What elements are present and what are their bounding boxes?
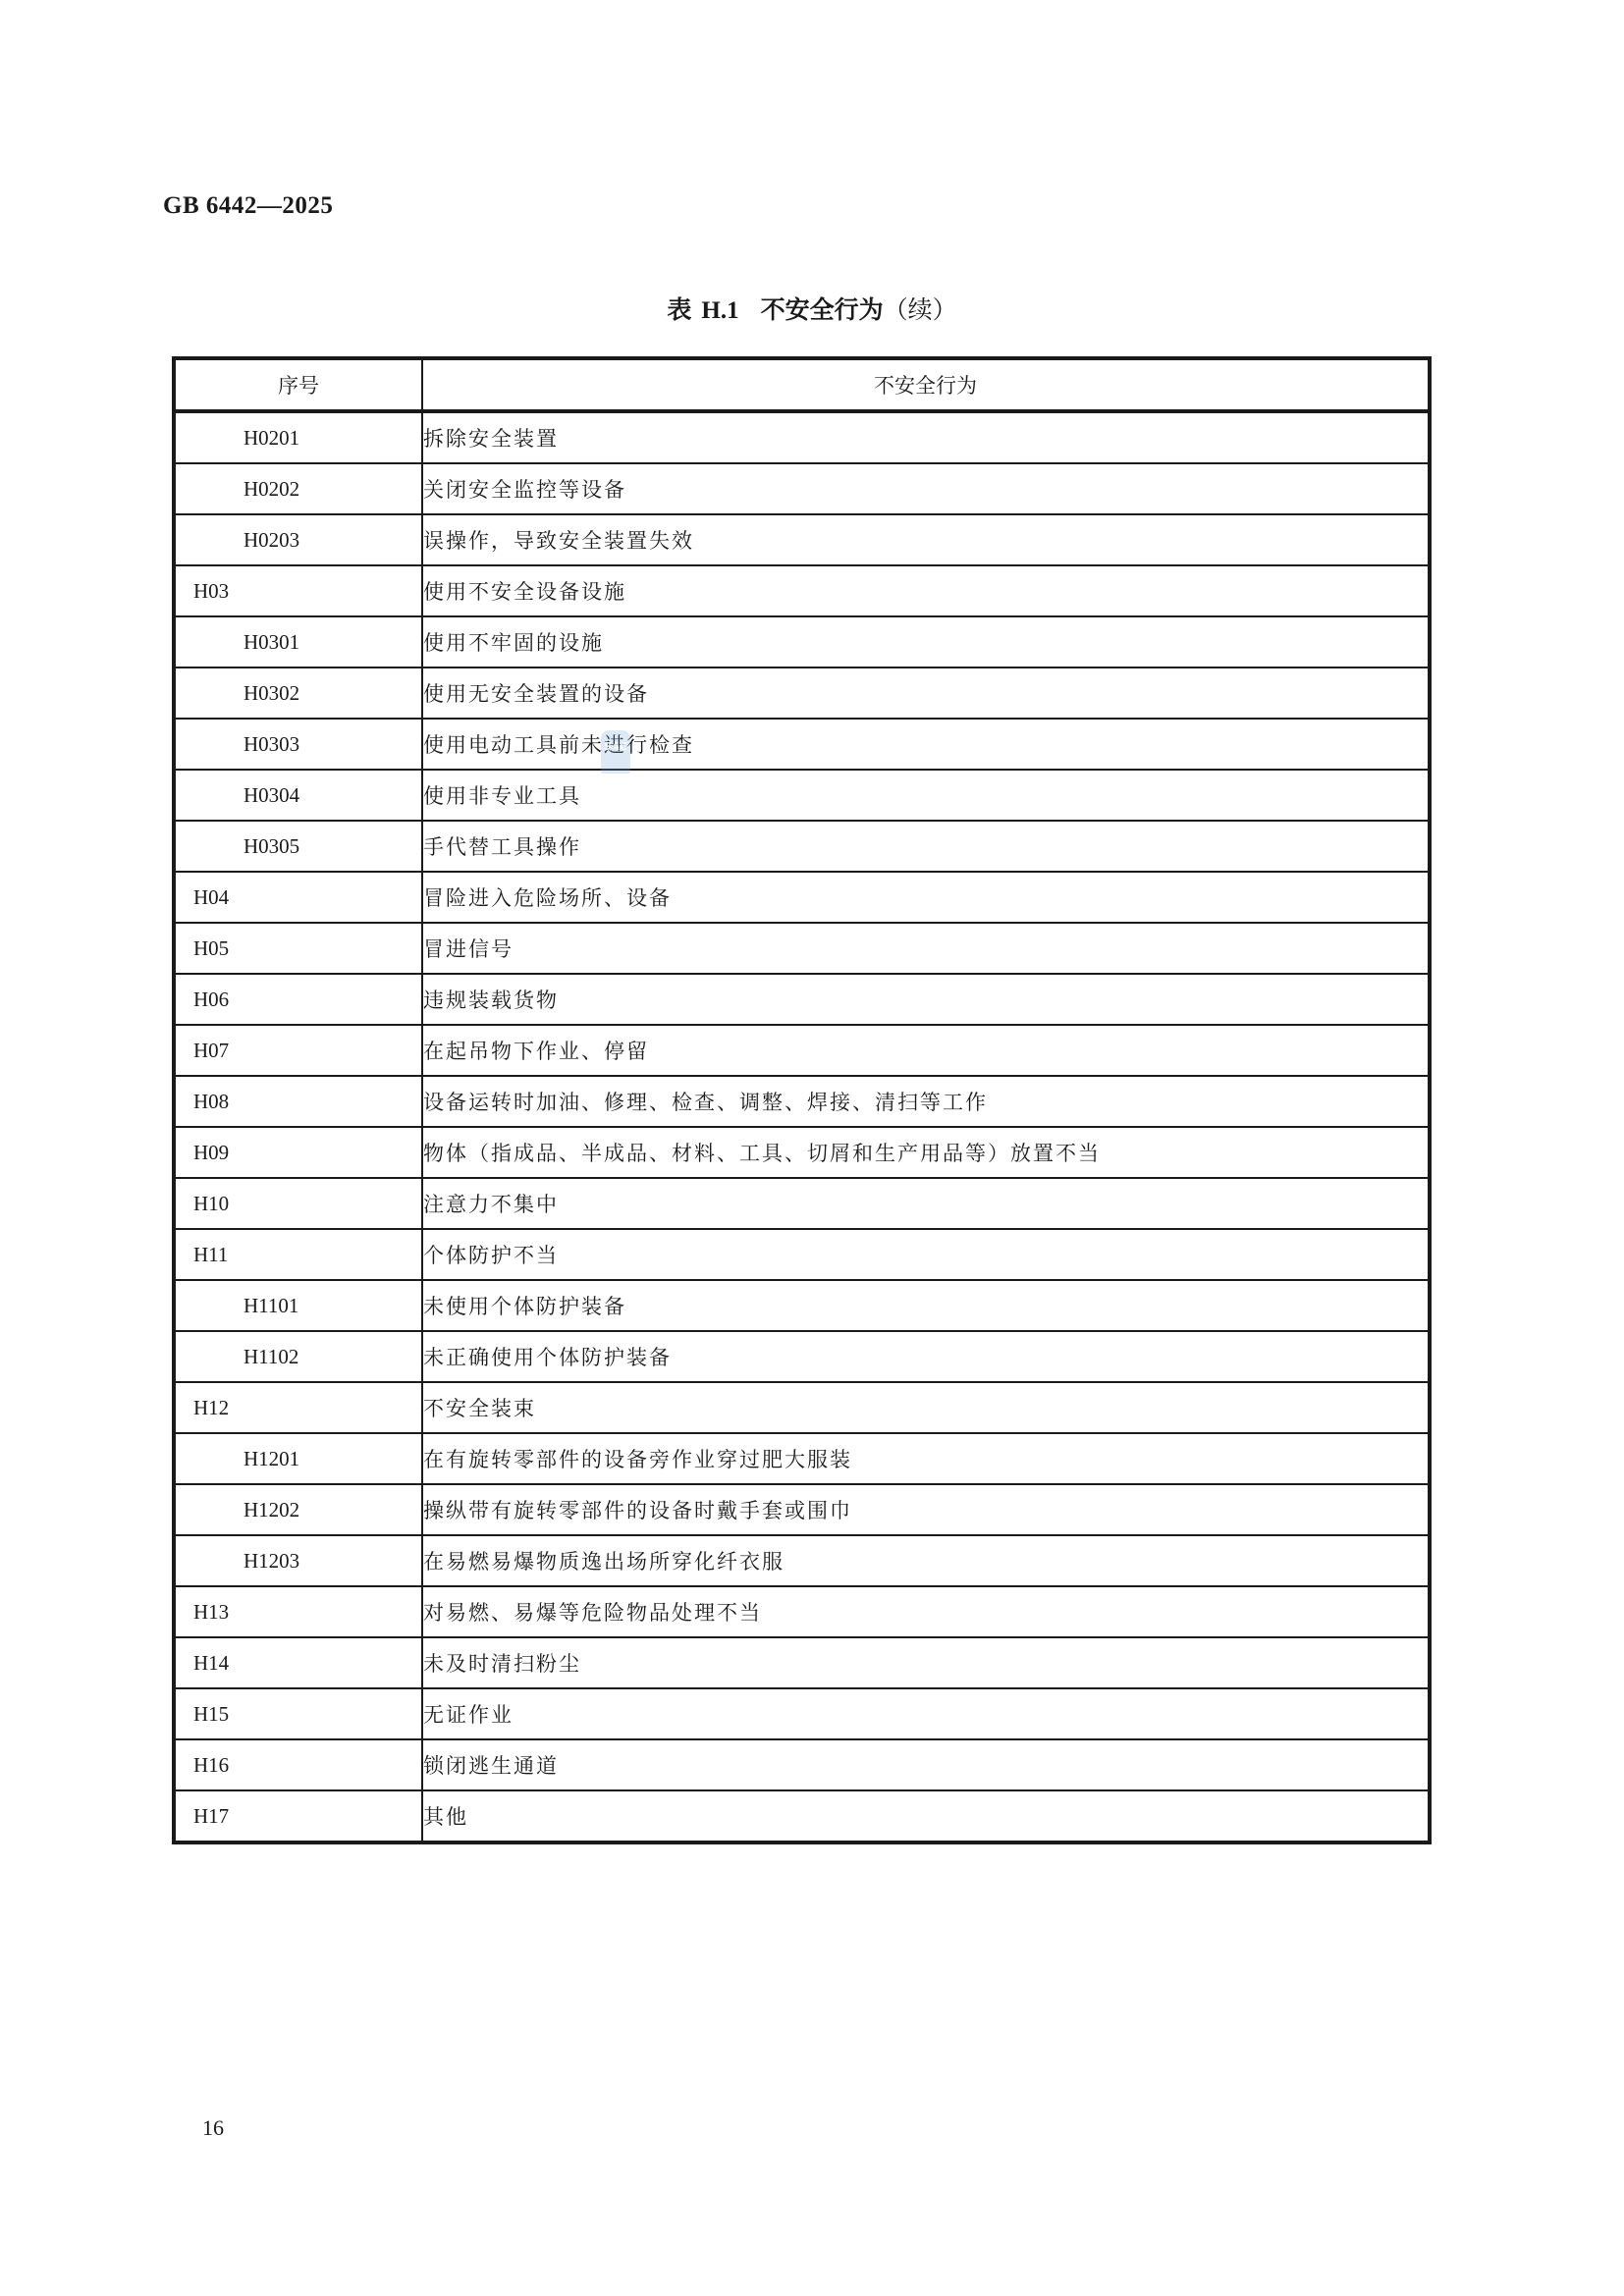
table-row: H0303使用电动工具前未进行检查: [174, 719, 1430, 770]
row-code: H05: [174, 923, 422, 974]
document-id: GB 6442—2025: [163, 192, 333, 220]
row-code: H0303: [174, 719, 422, 770]
row-code: H06: [174, 974, 422, 1025]
row-description: 注意力不集中: [422, 1178, 1430, 1229]
row-description: 其他: [422, 1790, 1430, 1842]
row-code: H0305: [174, 821, 422, 872]
row-description: 设备运转时加油、修理、检查、调整、焊接、清扫等工作: [422, 1076, 1430, 1127]
table-row: H1201在有旋转零部件的设备旁作业穿过肥大服装: [174, 1433, 1430, 1484]
table-row: H0203误操作，导致安全装置失效: [174, 514, 1430, 565]
table-row: H12不安全装束: [174, 1382, 1430, 1433]
row-code: H10: [174, 1178, 422, 1229]
sac-watermark-logo: SAC: [601, 730, 630, 774]
row-code: H09: [174, 1127, 422, 1178]
column-header-code: 序号: [174, 358, 422, 411]
table-row: H0305手代替工具操作: [174, 821, 1430, 872]
row-code: H0201: [174, 411, 422, 463]
row-code: H14: [174, 1637, 422, 1688]
row-description: 未正确使用个体防护装备: [422, 1331, 1430, 1382]
row-code: H0203: [174, 514, 422, 565]
row-description: 违规装载货物: [422, 974, 1430, 1025]
table-title-prefix: 表: [667, 295, 691, 324]
row-description: 个体防护不当: [422, 1229, 1430, 1280]
table-row: H0304使用非专业工具: [174, 770, 1430, 821]
row-code: H12: [174, 1382, 422, 1433]
row-description: 未使用个体防护装备: [422, 1280, 1430, 1331]
row-code: H1202: [174, 1484, 422, 1535]
table-row: H0202关闭安全监控等设备: [174, 463, 1430, 514]
table-row: H1102未正确使用个体防护装备: [174, 1331, 1430, 1382]
row-code: H1201: [174, 1433, 422, 1484]
table-row: H0301使用不牢固的设施: [174, 616, 1430, 667]
row-code: H16: [174, 1739, 422, 1790]
row-description: 未及时清扫粉尘: [422, 1637, 1430, 1688]
row-code: H03: [174, 565, 422, 616]
table-row: H05冒进信号: [174, 923, 1430, 974]
unsafe-behavior-table: 序号 不安全行为 H0201拆除安全装置H0202关闭安全监控等设备H0203误…: [172, 356, 1432, 1844]
row-description: 物体（指成品、半成品、材料、工具、切屑和生产用品等）放置不当: [422, 1127, 1430, 1178]
row-description: 无证作业: [422, 1688, 1430, 1739]
table-title: 表H.1不安全行为（续）: [0, 291, 1624, 326]
column-header-behavior: 不安全行为: [422, 358, 1430, 411]
table-row: H16锁闭逃生通道: [174, 1739, 1430, 1790]
row-description: 冒进信号: [422, 923, 1430, 974]
row-description: 关闭安全监控等设备: [422, 463, 1430, 514]
row-code: H1101: [174, 1280, 422, 1331]
table-row: H1202操纵带有旋转零部件的设备时戴手套或围巾: [174, 1484, 1430, 1535]
row-description: 使用不安全设备设施: [422, 565, 1430, 616]
row-description: 手代替工具操作: [422, 821, 1430, 872]
row-description: 使用电动工具前未进行检查: [422, 719, 1430, 770]
row-code: H15: [174, 1688, 422, 1739]
row-description: 使用不牢固的设施: [422, 616, 1430, 667]
table-header-row: 序号 不安全行为: [174, 358, 1430, 411]
table-title-continued: （续）: [884, 295, 957, 324]
table-row: H09物体（指成品、半成品、材料、工具、切屑和生产用品等）放置不当: [174, 1127, 1430, 1178]
table-body: H0201拆除安全装置H0202关闭安全监控等设备H0203误操作，导致安全装置…: [174, 411, 1430, 1842]
row-description: 在有旋转零部件的设备旁作业穿过肥大服装: [422, 1433, 1430, 1484]
row-code: H04: [174, 872, 422, 923]
row-code: H1203: [174, 1535, 422, 1586]
table-row: H06违规装载货物: [174, 974, 1430, 1025]
row-description: 冒险进入危险场所、设备: [422, 872, 1430, 923]
table-row: H14未及时清扫粉尘: [174, 1637, 1430, 1688]
row-description: 不安全装束: [422, 1382, 1430, 1433]
table-row: H15无证作业: [174, 1688, 1430, 1739]
table-row: H13对易燃、易爆等危险物品处理不当: [174, 1586, 1430, 1637]
row-description: 锁闭逃生通道: [422, 1739, 1430, 1790]
table-row: H1101未使用个体防护装备: [174, 1280, 1430, 1331]
table-title-number: H.1: [701, 297, 738, 324]
table-row: H0201拆除安全装置: [174, 411, 1430, 463]
row-code: H11: [174, 1229, 422, 1280]
table-row: H04冒险进入危险场所、设备: [174, 872, 1430, 923]
page-number: 16: [202, 2115, 224, 2141]
row-code: H0202: [174, 463, 422, 514]
row-description: 使用无安全装置的设备: [422, 667, 1430, 719]
table-row: H07在起吊物下作业、停留: [174, 1025, 1430, 1076]
row-description: 操纵带有旋转零部件的设备时戴手套或围巾: [422, 1484, 1430, 1535]
row-code: H1102: [174, 1331, 422, 1382]
row-description: 对易燃、易爆等危险物品处理不当: [422, 1586, 1430, 1637]
row-code: H17: [174, 1790, 422, 1842]
table-row: H03使用不安全设备设施: [174, 565, 1430, 616]
table-row: H10注意力不集中: [174, 1178, 1430, 1229]
row-code: H0301: [174, 616, 422, 667]
row-code: H13: [174, 1586, 422, 1637]
row-description: 拆除安全装置: [422, 411, 1430, 463]
table-row: H08设备运转时加油、修理、检查、调整、焊接、清扫等工作: [174, 1076, 1430, 1127]
table-title-text: 不安全行为: [761, 295, 884, 324]
table-row: H0302使用无安全装置的设备: [174, 667, 1430, 719]
row-description: 在起吊物下作业、停留: [422, 1025, 1430, 1076]
row-code: H0302: [174, 667, 422, 719]
row-code: H0304: [174, 770, 422, 821]
row-description: 使用非专业工具: [422, 770, 1430, 821]
table-row: H11个体防护不当: [174, 1229, 1430, 1280]
row-description: 误操作，导致安全装置失效: [422, 514, 1430, 565]
row-code: H08: [174, 1076, 422, 1127]
row-code: H07: [174, 1025, 422, 1076]
table-row: H1203在易燃易爆物质逸出场所穿化纤衣服: [174, 1535, 1430, 1586]
table-row: H17其他: [174, 1790, 1430, 1842]
row-description: 在易燃易爆物质逸出场所穿化纤衣服: [422, 1535, 1430, 1586]
